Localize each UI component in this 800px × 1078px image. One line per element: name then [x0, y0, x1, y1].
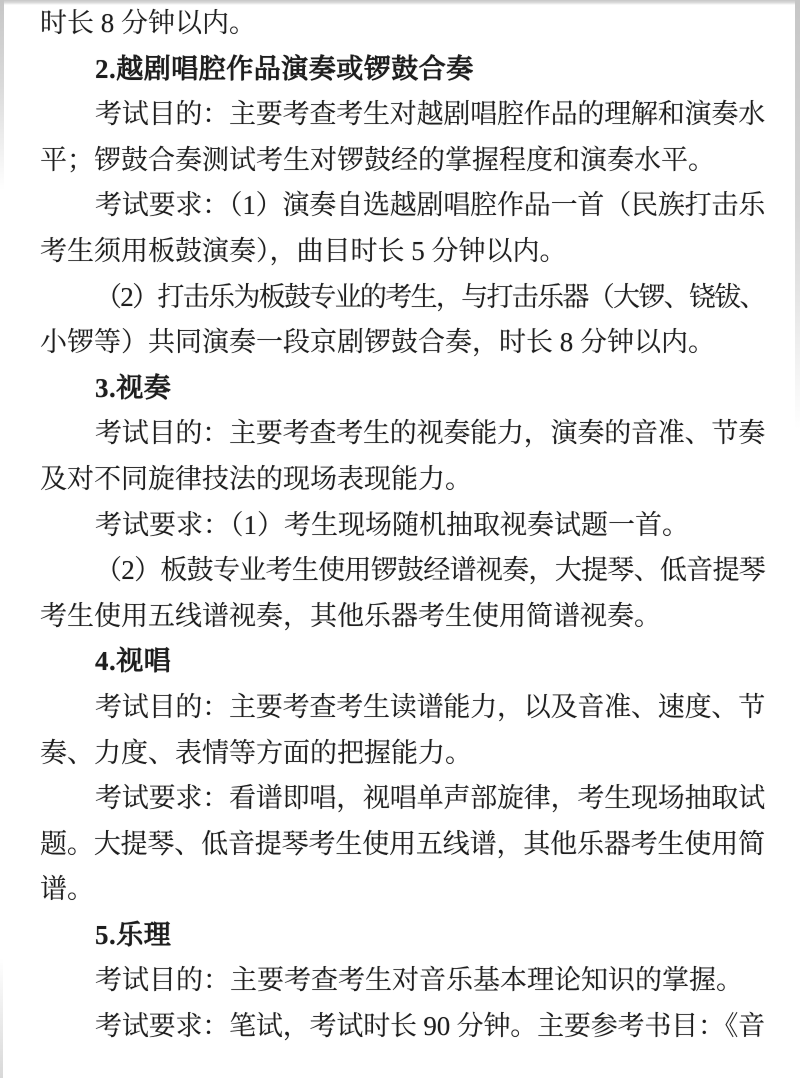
body-text-line: 考生须用板鼓演奏），曲目时长 5 分钟以内。	[40, 229, 765, 275]
line-text: 考试要求：看谱即唱，视唱单声部旋律，考生现场抽取试	[95, 776, 765, 822]
body-text-line: 考试目的：主要考查考生读谱能力，以及音准、速度、节	[40, 685, 765, 731]
line-text: 考生须用板鼓演奏），曲目时长 5 分钟以内。	[40, 229, 567, 275]
line-text: 考生使用五线谱视奏，其他乐器考生使用简谱视奏。	[40, 594, 661, 640]
body-text-line: 平；锣鼓合奏测试考生对锣鼓经的掌握程度和演奏水平。	[40, 138, 765, 184]
line-text: （2）打击乐为板鼓专业的考生，与打击乐器（大锣、铙钹、	[95, 275, 765, 321]
body-text-line: 时长 8 分钟以内。	[40, 1, 765, 47]
line-text: 及对不同旋律技法的现场表现能力。	[40, 457, 472, 503]
body-text-line: （2）打击乐为板鼓专业的考生，与打击乐器（大锣、铙钹、	[40, 275, 765, 321]
body-text-line: 谱。	[40, 867, 765, 913]
body-text-line: 考试要求：（1）考生现场随机抽取视奏试题一首。	[40, 503, 765, 549]
line-text: 考试目的：主要考查考生对音乐基本理论知识的掌握。	[95, 958, 743, 1004]
body-text-line: 奏、力度、表情等方面的把握能力。	[40, 731, 765, 777]
line-text: 5.乐理	[95, 913, 171, 959]
line-text: 时长 8 分钟以内。	[40, 1, 256, 47]
line-text: 谱。	[40, 867, 94, 913]
page-edge-shadow-bottom-left	[0, 958, 3, 1078]
section-heading: 5.乐理	[40, 913, 765, 959]
line-text: 考试要求：笔试，考试时长 90 分钟。主要参考书目：《音	[95, 1004, 765, 1050]
line-text: （2）板鼓专业考生使用锣鼓经谱视奏，大提琴、低音提琴	[95, 548, 765, 594]
body-text-line: （2）板鼓专业考生使用锣鼓经谱视奏，大提琴、低音提琴	[40, 548, 765, 594]
page-edge-shadow-left	[0, 0, 4, 190]
body-text-line: 小锣等）共同演奏一段京剧锣鼓合奏，时长 8 分钟以内。	[40, 320, 765, 366]
line-text: 3.视奏	[95, 366, 171, 412]
body-text-line: 考试要求：看谱即唱，视唱单声部旋律，考生现场抽取试	[40, 776, 765, 822]
body-text-line: 考试目的：主要考查考生对越剧唱腔作品的理解和演奏水	[40, 92, 765, 138]
line-text: 题。大提琴、低音提琴考生使用五线谱，其他乐器考生使用简	[40, 822, 765, 868]
body-text-line: 考试要求：（1）演奏自选越剧唱腔作品一首（民族打击乐	[40, 183, 765, 229]
line-text: 4.视唱	[95, 639, 171, 685]
line-text: 考试目的：主要考查考生读谱能力，以及音准、速度、节	[95, 685, 765, 731]
line-text: 考试要求：（1）演奏自选越剧唱腔作品一首（民族打击乐	[95, 183, 765, 229]
document-page: 时长 8 分钟以内。2.越剧唱腔作品演奏或锣鼓合奏考试目的：主要考查考生对越剧唱…	[0, 0, 800, 1078]
line-text: 考试目的：主要考查考生的视奏能力，演奏的音准、节奏	[95, 411, 765, 457]
text-column: 时长 8 分钟以内。2.越剧唱腔作品演奏或锣鼓合奏考试目的：主要考查考生对越剧唱…	[40, 1, 765, 1050]
line-text: 考试目的：主要考查考生对越剧唱腔作品的理解和演奏水	[95, 92, 765, 138]
line-text: 奏、力度、表情等方面的把握能力。	[40, 731, 472, 777]
section-heading: 2.越剧唱腔作品演奏或锣鼓合奏	[40, 47, 765, 93]
body-text-line: 考试目的：主要考查考生的视奏能力，演奏的音准、节奏	[40, 411, 765, 457]
line-text: 2.越剧唱腔作品演奏或锣鼓合奏	[95, 47, 474, 93]
line-text: 平；锣鼓合奏测试考生对锣鼓经的掌握程度和演奏水平。	[40, 138, 715, 184]
page-edge-shadow-right	[795, 0, 800, 430]
line-text: 小锣等）共同演奏一段京剧锣鼓合奏，时长 8 分钟以内。	[40, 320, 715, 366]
line-text: 考试要求：（1）考生现场随机抽取视奏试题一首。	[95, 503, 689, 549]
body-text-line: 题。大提琴、低音提琴考生使用五线谱，其他乐器考生使用简	[40, 822, 765, 868]
section-heading: 3.视奏	[40, 366, 765, 412]
body-text-line: 考试要求：笔试，考试时长 90 分钟。主要参考书目：《音	[40, 1004, 765, 1050]
body-text-line: 考试目的：主要考查考生对音乐基本理论知识的掌握。	[40, 958, 765, 1004]
section-heading: 4.视唱	[40, 639, 765, 685]
body-text-line: 考生使用五线谱视奏，其他乐器考生使用简谱视奏。	[40, 594, 765, 640]
body-text-line: 及对不同旋律技法的现场表现能力。	[40, 457, 765, 503]
